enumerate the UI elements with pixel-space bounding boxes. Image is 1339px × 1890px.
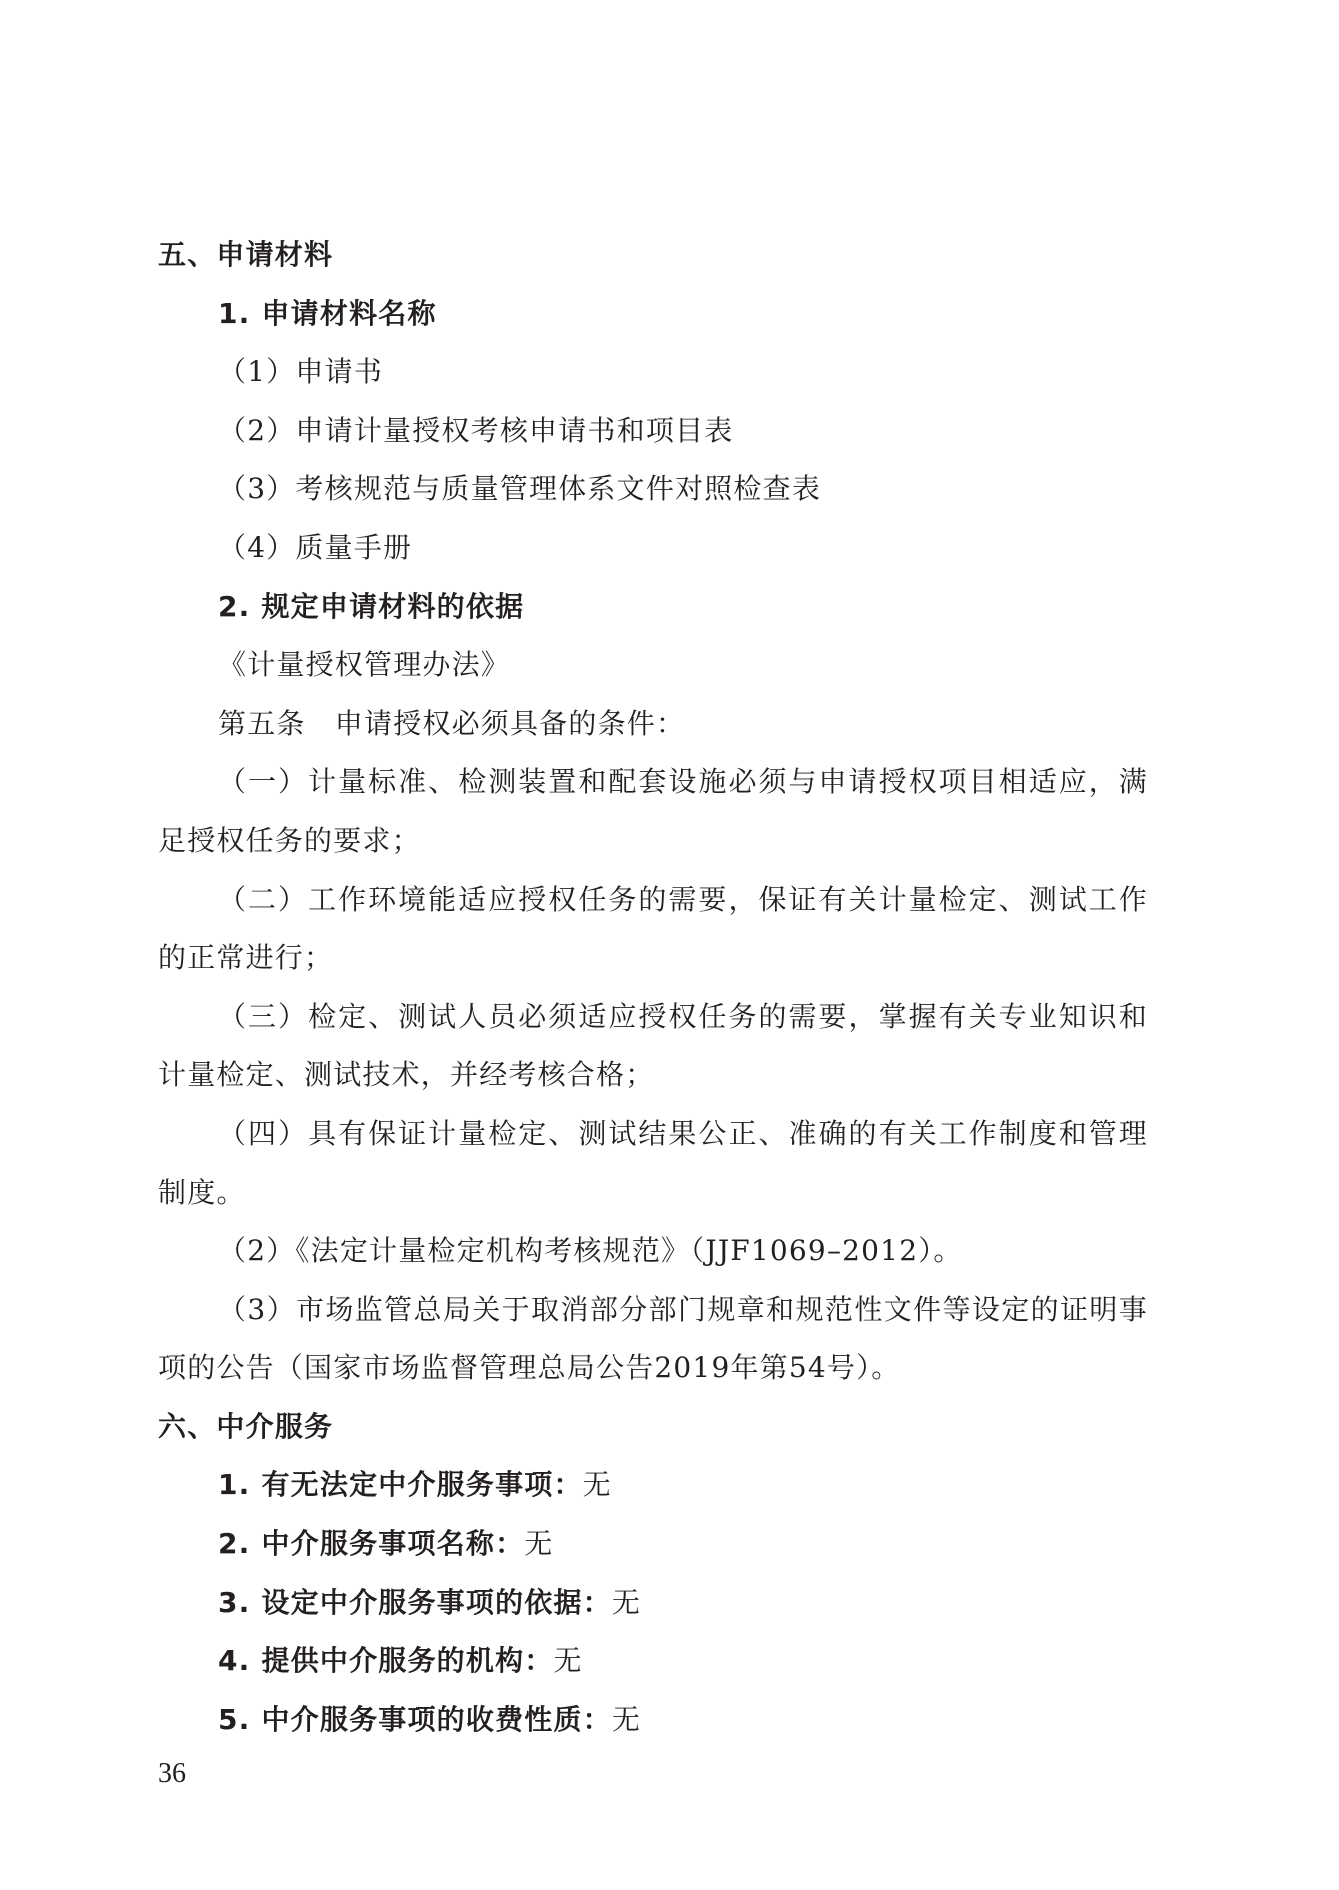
basis-paragraph: （2）《法定计量检定机构考核规范》（JJF1069–2012）。 [158, 1222, 1148, 1281]
item-value: 无 [612, 1586, 641, 1619]
item-label: 3. 设定中介服务事项的依据： [218, 1586, 612, 1619]
intermediary-item: 3. 设定中介服务事项的依据：无 [158, 1574, 1148, 1633]
condition-paragraph: （二）工作环境能适应授权任务的需要，保证有关计量检定、测试工作的正常进行； [158, 871, 1148, 988]
item-label: 1. 有无法定中介服务事项： [218, 1468, 583, 1501]
condition-paragraph: （一）计量标准、检测装置和配套设施必须与申请授权项目相适应，满足授权任务的要求； [158, 753, 1148, 870]
item-value: 无 [612, 1703, 641, 1736]
subheading-material-names: 1. 申请材料名称 [158, 285, 1148, 344]
material-item: （4）质量手册 [158, 519, 1148, 578]
section-heading-intermediary-services: 六、中介服务 [158, 1398, 1148, 1457]
item-value: 无 [524, 1527, 553, 1560]
basis-paragraph: （3）市场监管总局关于取消部分部门规章和规范性文件等设定的证明事项的公告（国家市… [158, 1281, 1148, 1398]
article-text: 第五条 申请授权必须具备的条件： [158, 695, 1148, 754]
intermediary-item: 2. 中介服务事项名称：无 [158, 1515, 1148, 1574]
intermediary-item: 1. 有无法定中介服务事项：无 [158, 1456, 1148, 1515]
material-item: （1）申请书 [158, 343, 1148, 402]
condition-paragraph: （三）检定、测试人员必须适应授权任务的需要，掌握有关专业知识和计量检定、测试技术… [158, 988, 1148, 1105]
subheading-basis: 2. 规定申请材料的依据 [158, 578, 1148, 637]
section-heading-application-materials: 五、申请材料 [158, 226, 1148, 285]
item-value: 无 [553, 1644, 582, 1677]
document-page: 五、申请材料 1. 申请材料名称 （1）申请书 （2）申请计量授权考核申请书和项… [158, 226, 1148, 1749]
page-number: 36 [158, 1758, 186, 1790]
item-label: 5. 中介服务事项的收费性质： [218, 1703, 612, 1736]
intermediary-item: 5. 中介服务事项的收费性质：无 [158, 1691, 1148, 1750]
intermediary-item: 4. 提供中介服务的机构：无 [158, 1632, 1148, 1691]
material-item: （2）申请计量授权考核申请书和项目表 [158, 402, 1148, 461]
material-item: （3）考核规范与质量管理体系文件对照检查表 [158, 460, 1148, 519]
item-label: 4. 提供中介服务的机构： [218, 1644, 553, 1677]
item-label: 2. 中介服务事项名称： [218, 1527, 524, 1560]
item-value: 无 [583, 1468, 612, 1501]
law-title: 《计量授权管理办法》 [158, 636, 1148, 695]
condition-paragraph: （四）具有保证计量检定、测试结果公正、准确的有关工作制度和管理制度。 [158, 1105, 1148, 1222]
